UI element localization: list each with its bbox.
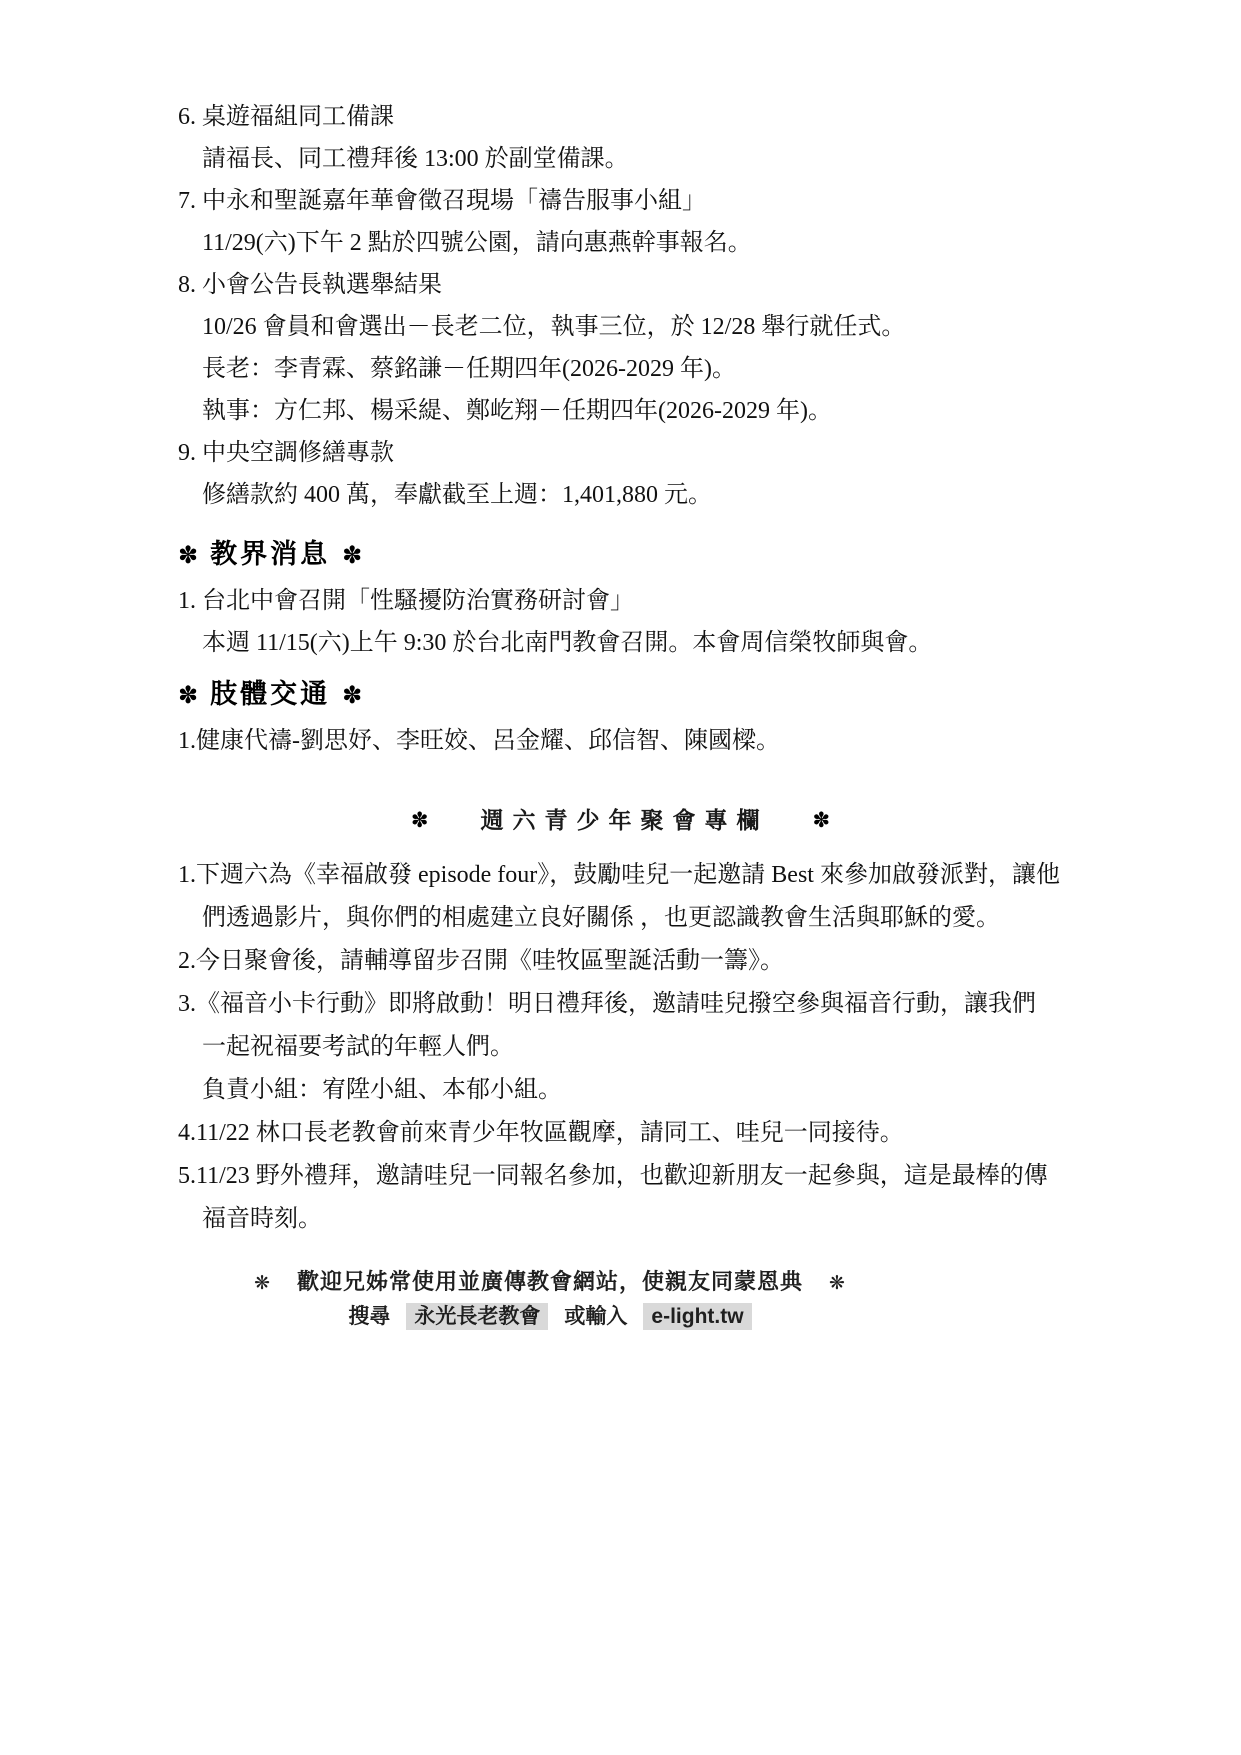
fellowship-item-heading: 1.健康代禱-劉思妤、李旺姣、呂金耀、邱信智、陳國樑。: [178, 720, 1241, 762]
youth-item-line: 1.下週六為《幸福啟發 episode four》，鼓勵哇兒一起邀請 Best …: [178, 854, 1241, 897]
youth-column-title: 週六青少年聚會專欄: [481, 808, 769, 833]
flower-ornament-icon: ✽: [342, 682, 362, 709]
footer-site-name-highlight: 永光長老教會: [406, 1303, 548, 1330]
youth-item-line: 一起祝福要考試的年輕人們。: [178, 1026, 1241, 1069]
youth-item-line: 4.11/22 林口長老教會前來青少年牧區觀摩，請同工、哇兒一同接待。: [178, 1112, 1241, 1155]
footer-search-label: 搜尋: [348, 1305, 390, 1328]
flower-ornament-icon: ✽: [342, 542, 362, 569]
footer-search-line: 搜尋永光長老教會或輸入e-light.tw: [0, 1301, 1100, 1333]
fellowship-header: ✽肢體交通✽: [178, 670, 1241, 720]
announcement-heading-9: 9. 中央空調修繕專款: [178, 432, 1241, 474]
youth-item-line: 2.今日聚會後，請輔導留步召開《哇牧區聖誕活動一籌》。: [178, 940, 1241, 983]
church-news-item-line: 本週 11/15(六)上午 9:30 於台北南門教會召開。本會周信榮牧師與會。: [178, 622, 1241, 664]
youth-item-line: 5.11/23 野外禮拜，邀請哇兒一同報名參加，也歡迎新朋友一起參與，這是最棒的…: [178, 1155, 1241, 1198]
announcement-heading-7: 7. 中永和聖誕嘉年華會徵召現場「禱告服事小組」: [178, 180, 1241, 222]
footer-welcome-text: 歡迎兄姊常使用並廣傳教會網站，使親友同蒙恩典: [297, 1269, 803, 1294]
flower-ornament-icon: ✽: [178, 542, 198, 569]
announcement-line-deacons: 執事：方仁邦、楊采緹、鄭屹翔－任期四年(2026-2029 年)。: [178, 390, 1241, 432]
youth-item-line: 3.《福音小卡行動》即將啟動！明日禮拜後，邀請哇兒撥空參與福音行動，讓我們: [178, 983, 1241, 1026]
announcement-line-donation: 修繕款約 400 萬，奉獻截至上週：1,401,880 元。: [178, 474, 1241, 516]
church-news-header: ✽教界消息✽: [178, 530, 1241, 580]
footer: ❋歡迎兄姊常使用並廣傳教會網站，使親友同蒙恩典❋ 搜尋永光長老教會或輸入e-li…: [0, 1267, 1100, 1333]
announcement-line: 10/26 會員和會選出－長老二位，執事三位，於 12/28 舉行就任式。: [178, 306, 1241, 348]
bulletin-page: 6. 桌遊福組同工備課 請福長、同工禮拜後 13:00 於副堂備課。 7. 中永…: [0, 0, 1241, 1755]
flower-ornament-icon: ✽: [813, 808, 831, 832]
footer-or-label: 或輸入: [564, 1305, 627, 1328]
church-news-header-label: 教界消息: [210, 539, 330, 569]
youth-item-line: 福音時刻。: [178, 1198, 1241, 1241]
youth-column-header: ✽週六青少年聚會專欄✽: [0, 802, 1241, 838]
announcement-heading-8: 8. 小會公告長執選舉結果: [178, 264, 1241, 306]
footer-welcome-line: ❋歡迎兄姊常使用並廣傳教會網站，使親友同蒙恩典❋: [0, 1267, 1100, 1299]
flower-ornament-icon: ✽: [411, 808, 429, 832]
announcement-heading-6: 6. 桌遊福組同工備課: [178, 96, 1241, 138]
flower-ornament-icon: ❋: [254, 1273, 271, 1294]
fellowship-header-label: 肢體交通: [210, 679, 330, 709]
church-news-item-heading: 1. 台北中會召開「性騷擾防治實務研討會」: [178, 580, 1241, 622]
bulletin-content: 6. 桌遊福組同工備課 請福長、同工禮拜後 13:00 於副堂備課。 7. 中永…: [178, 96, 1241, 1333]
flower-ornament-icon: ❋: [829, 1273, 846, 1294]
flower-ornament-icon: ✽: [178, 682, 198, 709]
youth-item-line-groups: 負責小組：宥陞小組、本郁小組。: [178, 1069, 1241, 1112]
youth-item-line: 們透過影片，與你們的相處建立良好關係 ，也更認識教會生活與耶穌的愛。: [178, 897, 1241, 940]
announcement-line-elders: 長老：李青霖、蔡銘謙－任期四年(2026-2029 年)。: [178, 348, 1241, 390]
announcement-line: 請福長、同工禮拜後 13:00 於副堂備課。: [178, 138, 1241, 180]
announcement-line: 11/29(六)下午 2 點於四號公園，請向惠燕幹事報名。: [178, 222, 1241, 264]
footer-url-highlight: e-light.tw: [643, 1303, 751, 1330]
